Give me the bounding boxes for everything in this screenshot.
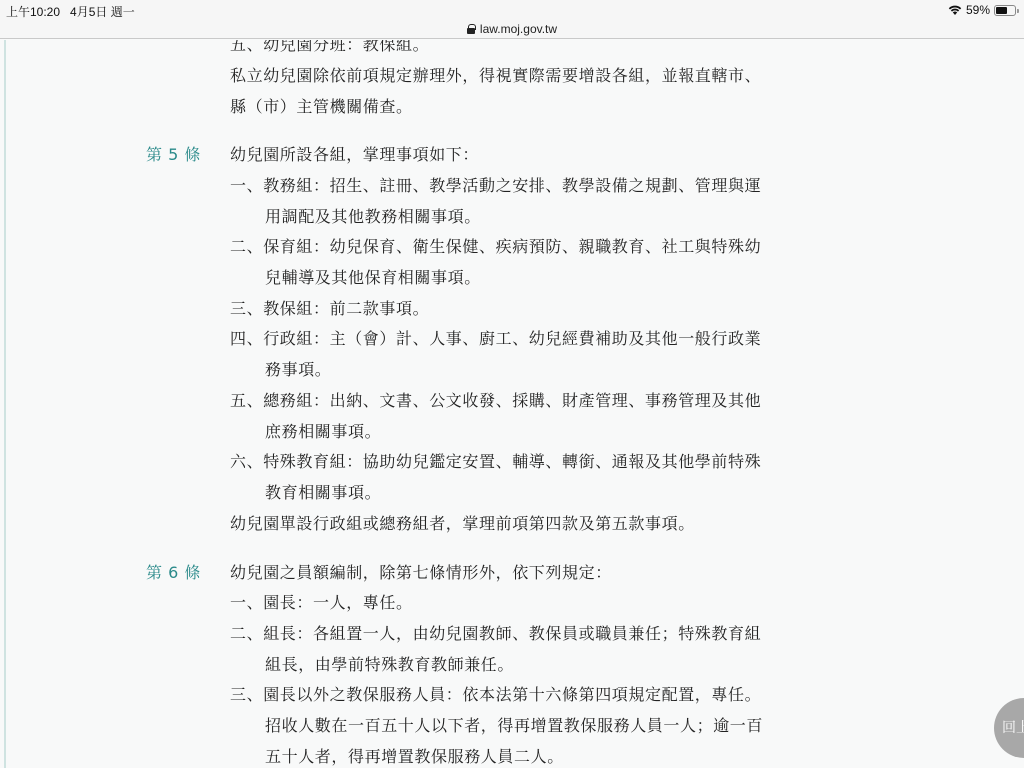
article-5-number[interactable]: 第 5 條 [146,145,201,165]
article4-paragraph-2-line-1: 私立幼兒園除依前項規定辦理外，得視實際需要增設各組，並報直轄市、 [230,66,761,86]
article6-item-2-cont: 組長，由學前特殊教育教師兼任。 [265,655,514,675]
article6-intro: 幼兒園之員額編制，除第七條情形外，依下列規定： [230,563,612,583]
wifi-icon [948,4,962,16]
article5-paragraph-2: 幼兒園單設行政組或總務組者，掌理前項第四款及第五款事項。 [230,514,695,534]
article5-item-4-cont: 務事項。 [265,360,331,380]
status-time-date: 上午10:20 4月5日 週一 [6,3,135,20]
url-display[interactable]: law.moj.gov.tw [467,22,557,36]
article4-item-5: 五、幼兒園分班：教保組。 [230,40,429,55]
back-to-top-button[interactable]: 回上 [994,698,1024,758]
law-content-page: 五、幼兒園分班：教保組。 私立幼兒園除依前項規定辦理外，得視實際需要增設各組，並… [0,40,1024,768]
article5-item-6-cont: 教育相關事項。 [265,483,381,503]
article5-item-2: 二、保育組：幼兒保育、衛生保健、疾病預防、親職教育、社工與特殊幼 [230,237,761,257]
lock-icon [467,24,475,34]
safari-address-bar[interactable]: law.moj.gov.tw [0,20,1024,39]
article6-item-3: 三、園長以外之教保服務人員：依本法第十六條第四項規定配置，專任。 [230,685,761,705]
article6-item-1: 一、園長：一人，專任。 [230,593,413,613]
article6-item-3-cont-2: 五十人者，得再增置教保服務人員二人。 [265,747,564,767]
status-indicators: 59% [948,3,1016,17]
ios-status-bar: 上午10:20 4月5日 週一 59% [0,0,1024,20]
article6-item-2: 二、組長：各組置一人，由幼兒園教師、教保員或職員兼任；特殊教育組 [230,624,761,644]
article-6-number[interactable]: 第 6 條 [146,563,201,583]
article5-item-2-cont: 兒輔導及其他保育相關事項。 [265,268,481,288]
article5-item-4: 四、行政組：主（會）計、人事、廚工、幼兒經費補助及其他一般行政業 [230,329,761,349]
battery-percent: 59% [966,3,990,17]
battery-level-fill [996,7,1007,14]
article5-item-5: 五、總務組：出納、文書、公文收發、採購、財產管理、事務管理及其他 [230,391,761,411]
article5-item-1-cont: 用調配及其他教務相關事項。 [265,207,481,227]
article4-paragraph-2-line-2: 縣（市）主管機關備查。 [230,97,413,117]
url-text: law.moj.gov.tw [480,22,557,36]
left-border-rule [4,40,6,768]
article6-item-3-cont-1: 招收人數在一百五十人以下者，得再增置教保服務人員一人；逾一百 [265,716,763,736]
article5-item-5-cont: 庶務相關事項。 [265,422,381,442]
article5-item-3: 三、教保組：前二款事項。 [230,299,429,319]
battery-tip [1017,9,1019,13]
article5-item-6: 六、特殊教育組：協助幼兒鑑定安置、輔導、轉銜、通報及其他學前特殊 [230,452,761,472]
article5-intro: 幼兒園所設各組，掌理事項如下： [230,145,479,165]
battery-icon [994,5,1016,16]
article5-item-1: 一、教務組：招生、註冊、教學活動之安排、教學設備之規劃、管理與運 [230,176,761,196]
